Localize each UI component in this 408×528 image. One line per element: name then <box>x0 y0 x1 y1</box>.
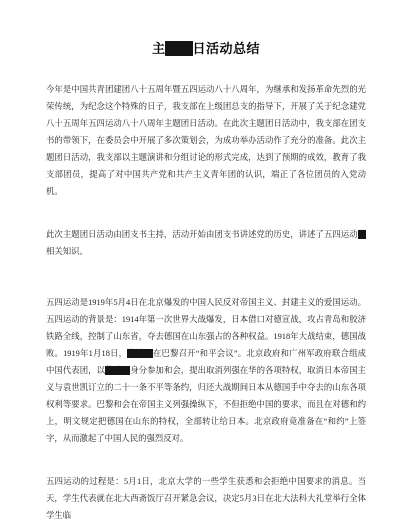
text-run: 五四运动的过程是：5月1日，北京大学的一些学生获悉和会拒绝中国要求的消息。当天，… <box>46 477 366 520</box>
redacted-text: 战胜国 <box>127 349 153 358</box>
paragraph-activity-summary: 今年是中国共青团建团八十五周年暨五四运动八十八周年，为继承和发扬革命先烈的光荣传… <box>46 81 366 200</box>
document-page: 主题团日活动总结 今年是中国共青团建团八十五周年暨五四运动八十八周年，为继承和发… <box>0 0 408 528</box>
text-run: 身分参加和会，提出取消列强在华的各项特权，取消日本帝国主义与袁世凯订立的二十一条… <box>46 366 366 443</box>
redacted-text: 战胜国 <box>105 366 130 375</box>
paragraph-may-fourth-process: 五四运动的过程是：5月1日，北京大学的一些学生获悉和会拒绝中国要求的消息。当天，… <box>46 473 366 524</box>
paragraph-may-fourth-background: 五四运动是1919年5月4日在北京爆发的中国人民反对帝国主义、封建主义的爱国运动… <box>46 294 366 447</box>
redacted-text: 的 <box>358 230 366 239</box>
paragraph-activity-host: 此次主题团日活动由团支书主持，活动开始由团支书讲述党的历史，讲述了五四运动的相关… <box>46 226 366 260</box>
document-body: 今年是中国共青团建团八十五周年暨五四运动八十八周年，为继承和发扬革命先烈的光荣传… <box>46 81 366 524</box>
text-run: 相关知识。 <box>46 247 88 256</box>
document-title: 主题团日活动总结 <box>46 40 366 58</box>
text-run: 日活动总结 <box>193 41 261 56</box>
redacted-text: 题团 <box>165 41 192 56</box>
text-run: 今年是中国共青团建团八十五周年暨五四运动八十八周年，为继承和发扬革命先烈的光荣传… <box>46 85 366 196</box>
text-run: 主 <box>152 41 166 56</box>
text-run: 此次主题团日活动由团支书主持，活动开始由团支书讲述党的历史，讲述了五四运动 <box>46 230 358 239</box>
